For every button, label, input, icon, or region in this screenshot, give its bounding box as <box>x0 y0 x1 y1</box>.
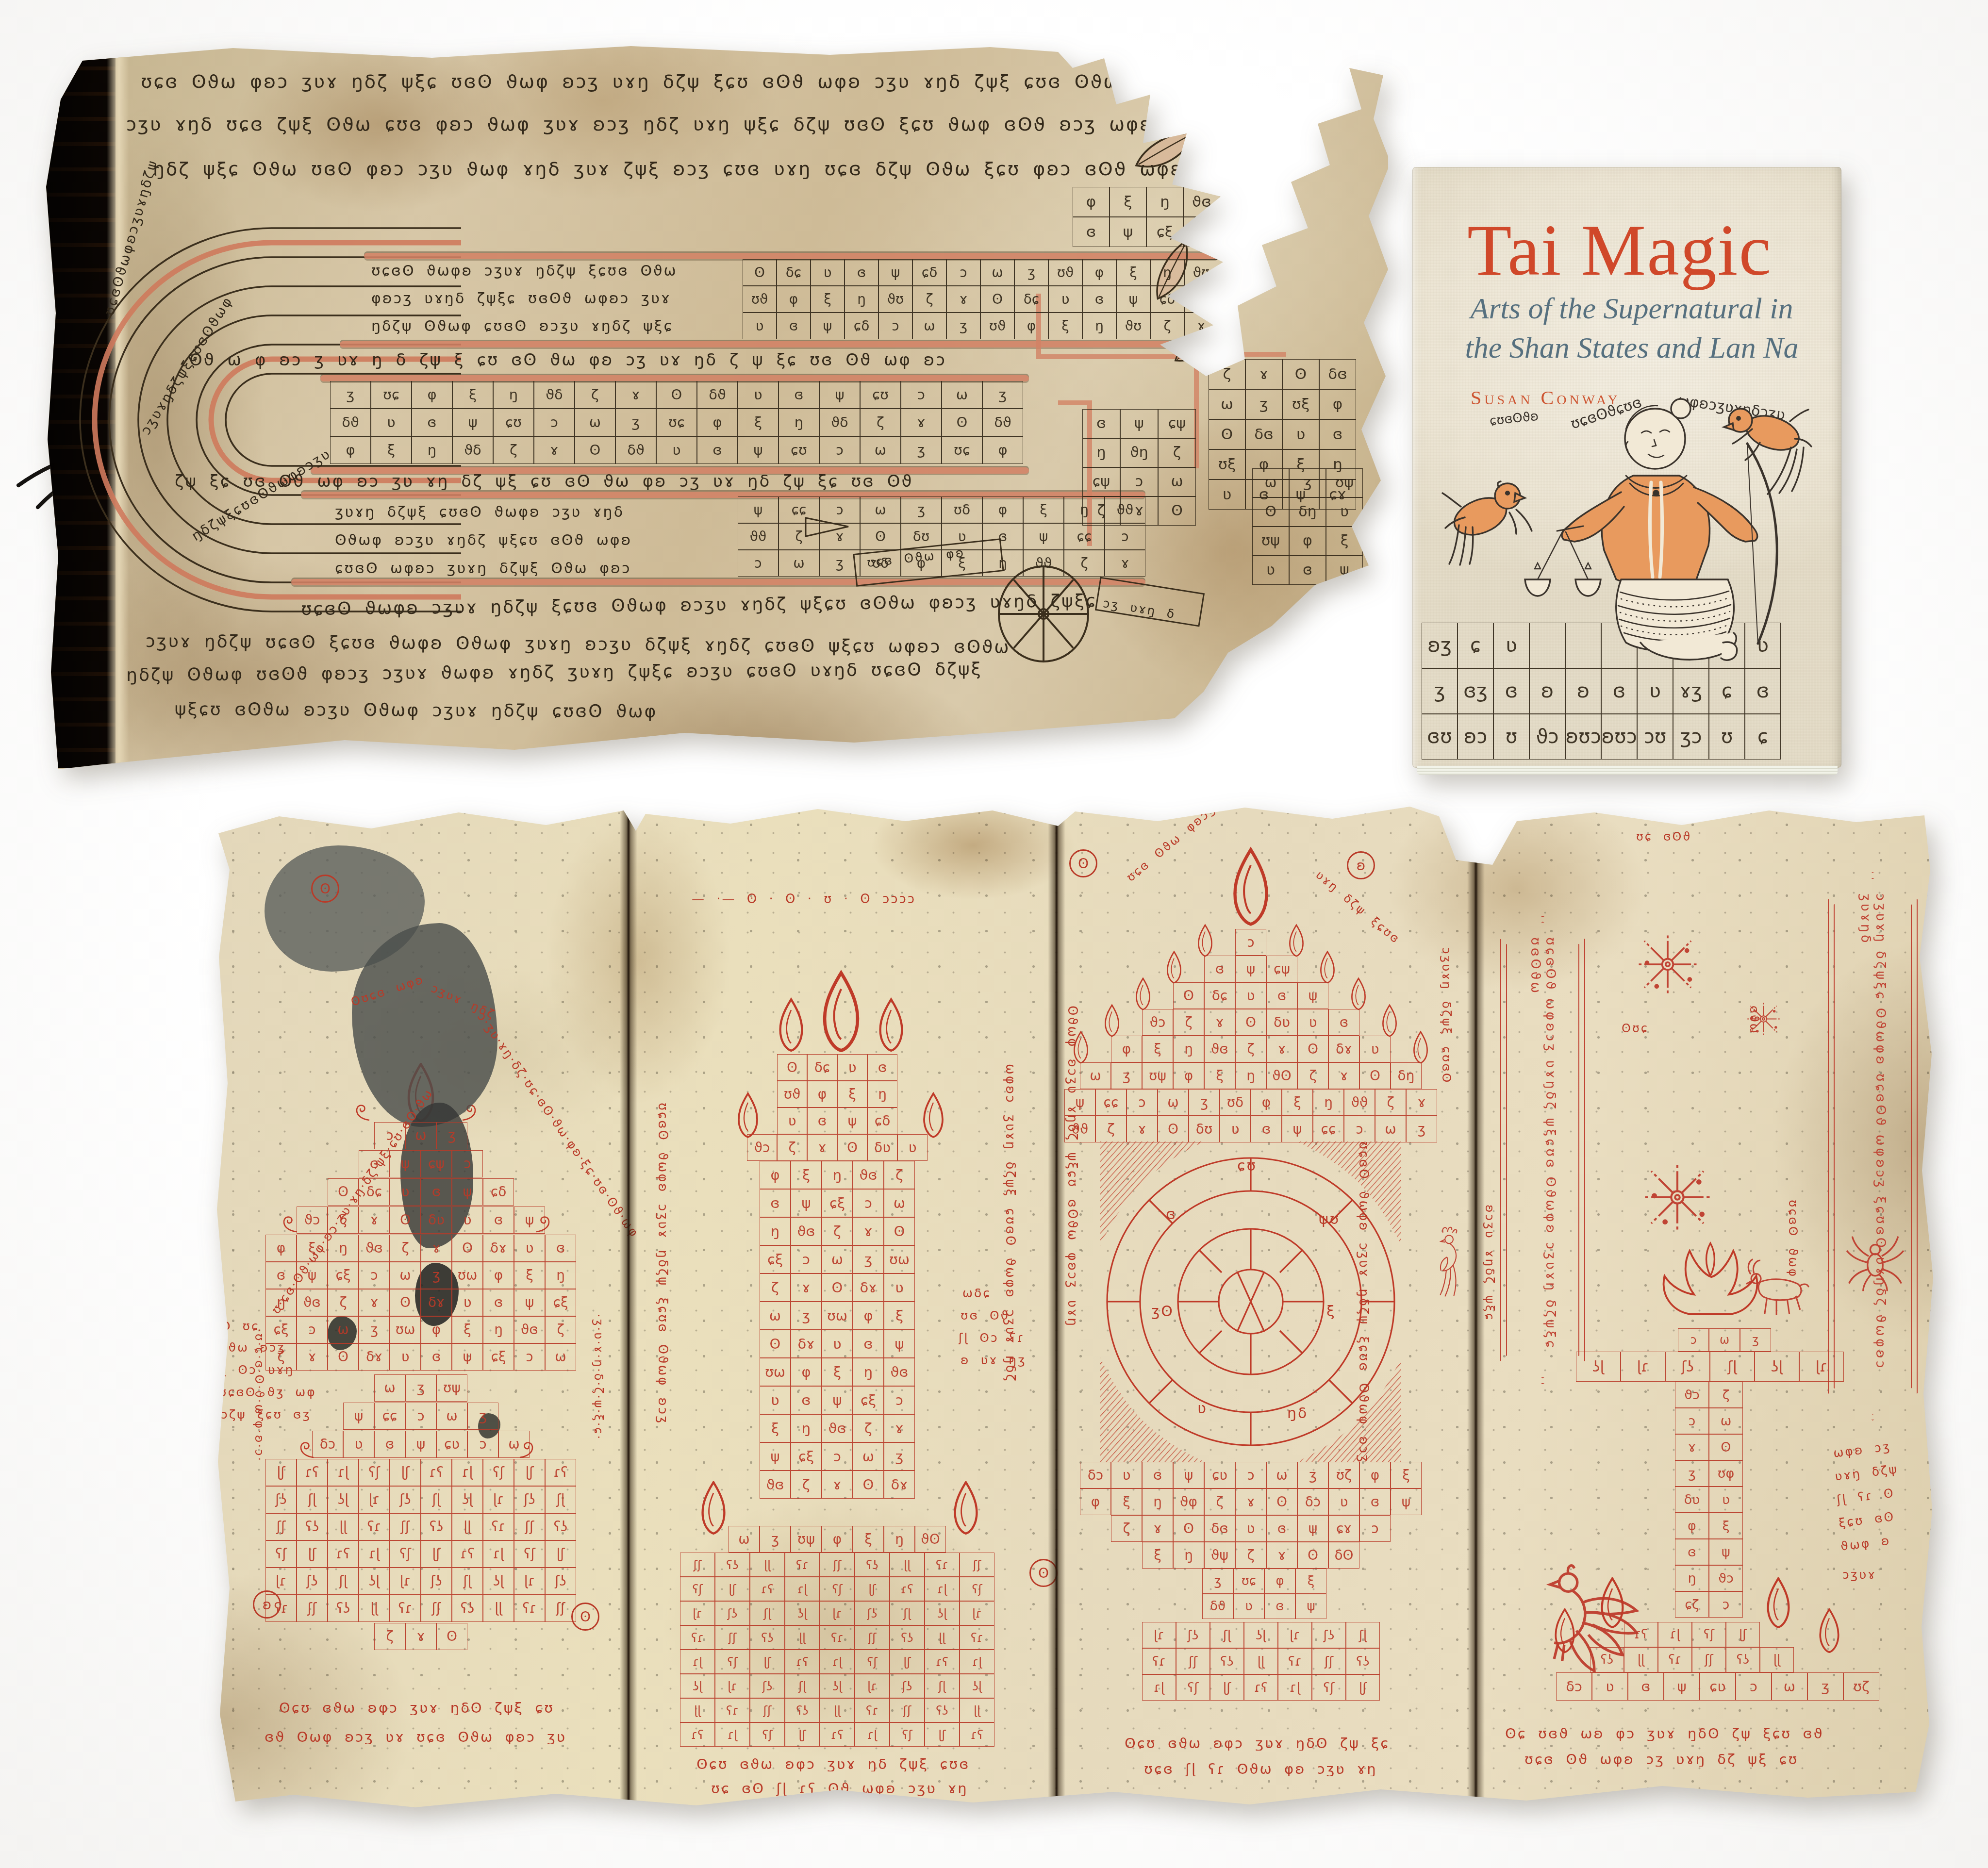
grid-cell: ʋ <box>1326 497 1363 527</box>
grid-cell: ʒ <box>853 1245 884 1273</box>
grid-cell: ɞ <box>1264 1594 1295 1619</box>
grid-cell: ɾɭ <box>820 1650 855 1674</box>
book-subtitle: Arts of the Supernatural in the Shan Sta… <box>1451 289 1812 367</box>
grid-cell: ʕʃ <box>715 1650 750 1674</box>
grid-cell: ɕʊ <box>860 381 901 409</box>
grid-cell: ɕζ <box>1675 1591 1709 1618</box>
grid-cell: ʕɾ <box>514 1595 545 1622</box>
grid-cell: ζ <box>1158 438 1196 467</box>
grid-cell: ψ <box>791 1189 822 1217</box>
grid-cell: ʕɾ <box>483 1513 514 1540</box>
grid-cell: ψ <box>884 1330 915 1358</box>
grid-cell: ʋ <box>777 1108 807 1134</box>
flame-finial-icon <box>920 1092 947 1139</box>
grid-cell: ʃɭ <box>328 1568 359 1595</box>
grid-cell: ϑϑ <box>1344 1089 1375 1116</box>
grid-cell: ɤ <box>1120 496 1158 526</box>
grid-cell: ɔ <box>884 1386 915 1414</box>
flame-finial-icon <box>875 996 907 1054</box>
script-line: ʘϑ ω φ ʚɔ ʒ ʋɤ ŋ δ ζψ ξ ɕʊ ɞʘ ϑω φʚ ɔʒ ʋ… <box>189 352 1019 369</box>
grid-cell: ω <box>853 1442 884 1471</box>
grid-cell: ɔ <box>791 1245 822 1273</box>
grid-cell: ξ <box>1116 259 1150 286</box>
grid-cell: ζ <box>760 1273 791 1302</box>
grid-cell: ϑʊ <box>878 286 912 313</box>
grid-cell: ɭɭ <box>820 1698 855 1722</box>
fold-crease <box>1467 802 1485 1814</box>
grid-cell: ʕɾ <box>1658 1647 1692 1672</box>
grid-cell: ɭɾ <box>514 1568 545 1595</box>
grid-cell: ζ <box>1209 359 1245 389</box>
grid-cell: ʕɾ <box>855 1698 890 1722</box>
grid-cell: ʕɾ <box>680 1625 715 1650</box>
wheel-diagram <box>1100 1141 1401 1462</box>
grid-cell: ʘ <box>1266 1488 1297 1515</box>
grid-cell: ɔ <box>901 381 942 409</box>
grid-cell: ʘ <box>1173 982 1204 1009</box>
cartouche: ʊɕɞʘϑ ωφʚɔʒ ʋɤŋδζ ψξɕʊɞ ʘϑωφʚ ɔʒʋɤŋ δζψξ… <box>1495 911 1590 1389</box>
grid-cell: ɾʕ <box>328 1540 359 1568</box>
grid-cell: ζ <box>1173 1009 1204 1036</box>
top-manuscript: ʘδɕʋɞψɕδɔωʒʊϑφξŋϑʊʊϑφξŋϑʊζɤʘδɕʋɞψɕδɔʋɞψɕ… <box>29 41 1388 786</box>
grid-cell: ʋ <box>1328 1488 1359 1515</box>
grid-cell: ʒ <box>1111 1062 1142 1089</box>
grid-cell: ʕʃ <box>1312 1674 1346 1701</box>
grid-cell: ʋ <box>1709 1487 1743 1513</box>
grid-cell: ξ <box>1142 1542 1173 1569</box>
script-line: ʒʘ <box>1151 1304 1180 1320</box>
grid-cell: ω <box>1772 1672 1807 1701</box>
grid-cell: ɾʕ <box>925 1650 960 1674</box>
grid-cell: ϑϑ <box>1023 550 1064 577</box>
leaf-sketch-icon <box>1229 85 1329 149</box>
grid-cell: ɕʊ <box>493 409 534 436</box>
grid-cell: ɔ <box>819 496 860 523</box>
grid-cell: ɤ <box>1204 1009 1235 1036</box>
glyph-grid: δɔʋɞψɕʋɔωʒʊζφξφξŋϑφζɤʘδɔʋɞψ <box>1080 1462 1422 1515</box>
script-line: ʊɕɞʘ ϑωφʚ ɔʒʋɤ ŋδζψ ξɕʊɞ ʘϑωφ ʚɔʒ <box>656 1103 669 1501</box>
grid-cell: ʒ <box>791 1302 822 1330</box>
grid-cell: ɕɕ <box>779 496 819 523</box>
grid-cell: ʕɾ <box>1142 1648 1176 1674</box>
grid-cell: ʃʖ <box>297 1568 328 1595</box>
grid-cell: ʕɾ <box>960 1625 994 1650</box>
grid-cell: ɤ <box>807 1134 837 1161</box>
grid-cell: ʃʃ <box>890 1698 925 1722</box>
grid-cell: ʊψ <box>1252 527 1289 556</box>
grid-cell: ɤ <box>359 1289 390 1316</box>
grid-cell: ɔ <box>1678 1328 1709 1352</box>
grid-cell: ʊϑ <box>980 313 1014 339</box>
grid-cell: ɔ <box>1235 1462 1266 1488</box>
grid-cell: ξ <box>452 1316 483 1343</box>
grid-cell: ɭɾ <box>359 1486 390 1513</box>
grid-cell: ɔ <box>1183 217 1220 247</box>
script-line: ɞϑω <box>1748 1006 1760 1093</box>
grid-cell: ɾʕ <box>545 1459 576 1486</box>
grid-cell: ʕʖ <box>1590 1647 1624 1672</box>
script-line: ʃɭ ʘɔ ʕɾ <box>959 1332 1051 1344</box>
grid-cell: ŋ <box>483 1316 514 1343</box>
grid-cell: ω <box>884 1189 915 1217</box>
grid-cell: ʖɭ <box>1576 1352 1621 1382</box>
grid-cell: δʋ <box>867 1134 897 1161</box>
grid-cell: δʊ <box>1189 1116 1220 1142</box>
glyph-grid: ɔ <box>1235 929 1266 956</box>
grid-cell: ɞ <box>791 1386 822 1414</box>
grid-cell: ɾʕ <box>680 1722 715 1747</box>
grid-cell: ʖɭ <box>820 1674 855 1698</box>
grid-cell: ɞ <box>545 1235 576 1262</box>
grid-cell: ω <box>436 1403 467 1430</box>
grid-cell: ω <box>575 409 615 436</box>
grid-cell: ʃʖ <box>390 1486 421 1513</box>
grid-cell: δʘ <box>1328 1542 1359 1569</box>
grid-cell: ɤ <box>819 523 860 550</box>
grid-cell: ʒ <box>1807 1672 1843 1701</box>
grid-cell: ʊδ <box>1220 1089 1251 1116</box>
grid-cell: ɕψ <box>1082 467 1120 496</box>
glyph-grid: δɔʋɞψɕʋɔω <box>312 1431 530 1458</box>
grid-cell: ʒ <box>436 1122 467 1149</box>
grid-cell: ʚɔ <box>1458 714 1493 760</box>
grid-cell: ψ <box>452 1178 483 1206</box>
grid-cell: ɭɾ <box>1278 1622 1312 1648</box>
grid-cell: ζ <box>1204 1488 1235 1515</box>
grid-cell: ɭʃ <box>1346 1674 1380 1701</box>
grid-cell: ʃʃ <box>265 1513 297 1540</box>
grid-cell: ζ <box>777 1134 807 1161</box>
script-line: ʊɕ ɞʘϑ <box>1636 831 1782 843</box>
grid-cell: ʊɕ <box>656 409 697 436</box>
grid-cell: ɔ <box>405 1403 436 1430</box>
grid-cell: φ <box>760 1161 791 1189</box>
starburst-icon <box>1631 1151 1723 1243</box>
script-line: ŋδζψ ʘϑωφ ɕʊɞʘ ʚɔʒʋ ɤŋδζ ψξɕ <box>371 319 730 334</box>
grid-cell: ɾɭ <box>785 1577 820 1601</box>
grid-cell: ʕʃ <box>820 1577 855 1601</box>
grid-cell: ŋ <box>853 1358 884 1386</box>
grid-cell: ʋ <box>1111 1462 1142 1488</box>
grid-cell: ɕψ <box>1266 956 1297 982</box>
flame-finial-icon <box>1551 1608 1578 1653</box>
grid-cell: ɞ <box>1266 1515 1297 1542</box>
script-line: ʊɕɞʘ ϑωφʚ ɔʒʋɤ ŋδζψ ξɕʊɞ ʘϑωφ ʚɔʒ <box>1357 1141 1370 1593</box>
grid-cell: ψ <box>1282 1116 1313 1142</box>
flame-finial-icon <box>1596 1577 1628 1628</box>
grid-cell: ʕʃ <box>855 1650 890 1674</box>
grid-cell: ɕδ <box>1150 286 1184 313</box>
grid-cell: ω <box>860 496 901 523</box>
grid-cell: ω <box>822 1245 853 1273</box>
grid-cell: ɤ <box>791 1273 822 1302</box>
grid-cell: ψ <box>514 1289 545 1316</box>
grid-cell: ϑδ <box>819 409 860 436</box>
script-line: ʘʊɕ <box>1622 1023 1709 1035</box>
grid-cell: ɔ <box>452 1150 483 1177</box>
grid-cell: ʒ <box>1289 468 1326 497</box>
grid-cell: ʒ <box>1189 1089 1220 1116</box>
grid-cell: ʒ <box>884 1442 915 1471</box>
grid-cell: ξ <box>1023 496 1064 523</box>
grid-cell: ɤ <box>534 436 575 464</box>
grid-cell: ɤ <box>421 1235 452 1262</box>
grid-cell: ɭʃ <box>390 1459 421 1486</box>
grid-cell: ϑδ <box>452 436 493 464</box>
grid-cell: ŋ <box>1235 1062 1266 1089</box>
grid-cell: ζ <box>1111 1515 1142 1542</box>
script-line: ʘɕʊ ɞϑω ʚφɔ ʒʋɤ ŋδʘ ζψ ξɕ <box>1125 1736 1425 1751</box>
script-line: ψʊ <box>1319 1212 1348 1227</box>
grid-cell: ɾɭ <box>1278 1674 1312 1701</box>
grid-cell: ɔ <box>359 1262 390 1289</box>
grid-cell: ξ <box>1391 1462 1422 1488</box>
grid-cell: ɤ <box>1266 1036 1297 1062</box>
grid-cell: ɔ <box>467 1431 498 1458</box>
script-line: ʊɕɞ ʘϑω φʚɔ ʒʋɤ ŋδζ ψξɕ ʊɞʘ ϑωφ ʚɔʒ ʋɤŋ … <box>141 72 1272 92</box>
grid-cell: ʃʃ <box>820 1553 855 1577</box>
glyph-grid: ɭɾʃʖʃɭʖɭɭɾʃʖʃɭʕɾʃʃʕʖɭɭʕɾʃʃʕʖɾɭʕʃɭʃɾʕɾɭʕʃ… <box>1142 1622 1380 1701</box>
grid-cell: ʃʃ <box>750 1698 785 1722</box>
flame-finial-icon <box>1816 1608 1843 1653</box>
grid-cell: ʘ <box>837 1134 867 1161</box>
glyph-grid: ωʒʊψ <box>374 1374 467 1402</box>
grid-cell: ψ <box>1023 523 1064 550</box>
glyph-grid: ωʒʊψφξŋϑʘζɤʘδŋ <box>1080 1062 1422 1089</box>
grid-cell: ŋ <box>760 1217 791 1245</box>
grid-cell: φ <box>1080 1488 1111 1515</box>
spider-motif-icon <box>1842 1229 1908 1294</box>
grid-cell: ɾɭ <box>680 1650 715 1674</box>
grid-cell: ʋ <box>390 1343 421 1371</box>
grid-cell: ξ <box>853 1526 884 1553</box>
glyph-grid: ɭʃɾʕɾɭʕʃɭʃɾʕɾɭʕʃɭʃɾʕʃʖʃɭʖɭɭɾʃʖʃɭʖɭɭɾʃʖʃɭ… <box>265 1459 576 1622</box>
grid-cell: ψ <box>343 1403 374 1430</box>
grid-cell: ʃʃ <box>514 1513 545 1540</box>
grid-cell: ζ <box>1375 1089 1406 1116</box>
grid-cell: ŋ <box>1173 1036 1204 1062</box>
grid-cell: ϑʘ <box>1266 1062 1297 1089</box>
grid-cell: ɾɭ <box>328 1459 359 1486</box>
grid-cell: ɞ <box>1319 419 1356 449</box>
grid-cell: ψ <box>405 1431 436 1458</box>
grid-cell: ŋ <box>1146 187 1183 217</box>
grid-cell: ʕʃ <box>483 1459 514 1486</box>
grid-cell: ɤ <box>1406 1089 1437 1116</box>
script-line: ʘ ʊɕ <box>221 1320 342 1333</box>
grid-cell: ʃɭ <box>925 1674 960 1698</box>
grid-cell: ʊψ <box>436 1374 467 1402</box>
flame-finial-icon <box>1133 976 1153 1011</box>
grid-cell: ω <box>1266 1462 1297 1488</box>
grid-cell: ɕʋ <box>1204 1462 1235 1488</box>
grid-cell: ω <box>980 259 1014 286</box>
grid-cell: ɭɭ <box>359 1595 390 1622</box>
grid-cell: ŋ <box>1675 1565 1709 1591</box>
grid-cell: ʃʃ <box>855 1625 890 1650</box>
grid-cell: φ <box>412 381 452 409</box>
script-line: ɞϑω ʚɔʒ <box>219 1341 345 1354</box>
grid-cell: ŋ <box>1082 438 1120 467</box>
grid-cell: ɞ <box>779 381 819 409</box>
grid-cell: ʕɾ <box>715 1698 750 1722</box>
grid-cell: φ <box>697 409 738 436</box>
script-line: ɔʒʋɤ <box>1842 1569 1927 1581</box>
grid-cell: ɞ <box>421 1343 452 1371</box>
grid-cell: ω <box>1709 1408 1743 1434</box>
grid-cell: ζ <box>374 1623 405 1650</box>
grid-cell: ʃʃ <box>1692 1647 1726 1672</box>
grid-cell: ʃɭ <box>1710 1352 1755 1382</box>
grid-cell: ʊ <box>1493 714 1529 760</box>
grid-cell: ʕʖ <box>785 1698 820 1722</box>
grid-cell: ʕʃ <box>750 1722 785 1747</box>
grid-cell: ʃɭ <box>452 1568 483 1595</box>
grid-cell: ʒ <box>330 381 371 409</box>
grid-cell: ʕɾ <box>820 1625 855 1650</box>
grid-cell: ɭɭ <box>452 1513 483 1540</box>
grid-cell: ɭɾ <box>820 1601 855 1625</box>
grid-cell: ʕʖ <box>715 1553 750 1577</box>
grid-cell: ψ <box>1326 556 1363 585</box>
grid-cell: ʋ <box>656 436 697 464</box>
circled-glyph: ʚ <box>1347 851 1375 879</box>
grid-cell: ɞ <box>412 409 452 436</box>
red-band <box>364 253 1218 259</box>
grid-cell: ʘ <box>390 1289 421 1316</box>
grid-cell: ʃʖ <box>890 1674 925 1698</box>
grid-cell: ɞ <box>1328 1009 1359 1036</box>
grid-cell: ɾʕ <box>890 1577 925 1601</box>
cartouche-script: ʊɕɞʘϑ ωφʚɔʒ ʋɤŋδζ ψξɕʊɞ ʘϑωφʚ ɔʒʋɤŋ δζψξ… <box>1528 937 1558 1362</box>
grid-cell: ɕʋ <box>436 1431 467 1458</box>
grid-cell: ζ <box>1297 1062 1328 1089</box>
script-line: ʃɭ ʕɾ ʘ <box>1836 1483 1929 1506</box>
grid-cell: δϑ <box>982 409 1023 436</box>
grid-cell: ɔ <box>853 1189 884 1217</box>
grid-cell: ŋ <box>791 1414 822 1442</box>
grid-cell: ʋ <box>1359 1036 1391 1062</box>
grid-cell: ʖɭ <box>483 1568 514 1595</box>
grid-cell: ζ <box>912 286 946 313</box>
grid-cell: ʕʖ <box>328 1595 359 1622</box>
script-line: — ·— ʘ · ʘ · ʊ · ʘ ɔɔɔɔ <box>692 893 925 906</box>
glyph-grid: ψɕɕɔωʒ <box>343 1403 498 1430</box>
grid-cell: ʋ <box>1048 286 1082 313</box>
grid-cell: ɞ <box>1628 1672 1664 1701</box>
grid-cell: ɭɭ <box>483 1595 514 1622</box>
grid-cell: ʒ <box>982 381 1023 409</box>
grid-cell: ʊξ <box>1282 389 1319 419</box>
grid-cell: ʒ <box>405 1374 436 1402</box>
grid-cell: ω <box>779 550 819 577</box>
grid-cell: ŋ <box>412 436 452 464</box>
grid-cell: ω <box>1709 1328 1740 1352</box>
glyph-grid: ζɤʘ <box>374 1623 467 1650</box>
grid-cell: ϑɞ <box>1204 1036 1235 1062</box>
grid-cell: ɞ <box>1142 1462 1173 1488</box>
grid-cell: ψ <box>390 1150 421 1177</box>
grid-cell: ʃʃ <box>390 1513 421 1540</box>
grid-cell: ʘ <box>1297 1542 1328 1569</box>
grid-cell: ŋ <box>779 409 819 436</box>
grid-cell: ψ <box>822 1386 853 1414</box>
grid-cell: ʋ <box>452 1289 483 1316</box>
grid-cell: δŋ <box>1391 1062 1422 1089</box>
grid-cell: ξ <box>1110 187 1146 217</box>
grid-cell: ɾʕ <box>452 1540 483 1568</box>
grid-cell: ʒ <box>615 409 656 436</box>
grid-cell: ξ <box>1142 1036 1173 1062</box>
grid-cell: ɞ <box>845 259 878 286</box>
script-line: ɔζψ ξɕʊ ɞʒ <box>221 1408 347 1421</box>
grid-cell: ɭʃ <box>925 1722 960 1747</box>
grid-cell: ɞ <box>421 1178 452 1206</box>
script-line: ɞϑ ʘωφ ʚɔʒ ʋɤ ʊɕɞ ʘϑω φʚɔ ʒʋ <box>265 1730 604 1744</box>
grid-cell: ɾɭ <box>452 1459 483 1486</box>
grid-cell: ʋ <box>1297 1009 1328 1036</box>
glyph-grid: ʘδɕʋɞψɕδɔωʒʊϑφξŋϑʊʊϑφξŋϑʊζɤʘδɕʋɞψɕδɔʋɞψɕ… <box>743 259 1218 339</box>
grid-cell: ʕʃ <box>265 1540 297 1568</box>
script-line: ωδɕ <box>962 1287 1050 1300</box>
grid-cell: ʊζ <box>1328 1462 1359 1488</box>
script-line: ʋ <box>1197 1401 1226 1417</box>
grid-cell: ʋ <box>343 1431 374 1458</box>
grid-cell: ɔ <box>1127 1089 1158 1116</box>
grid-cell: ʘ <box>1282 359 1319 389</box>
grid-cell: ʋ <box>760 1386 791 1414</box>
glyph-grid: ϑɔζɤʘδʋʋɞ <box>1142 1009 1359 1036</box>
grid-cell: ϑɔ <box>1529 714 1565 760</box>
flame-finial-icon <box>1195 923 1215 958</box>
grid-cell: ω <box>1080 1062 1111 1089</box>
grid-cell: ɭɾ <box>715 1674 750 1698</box>
grid-cell: ɕɕ <box>1064 523 1105 550</box>
grid-cell: ʃɭ <box>421 1486 452 1513</box>
grid-cell: δɤ <box>884 1471 915 1499</box>
grid-cell: ʕʖ <box>297 1513 328 1540</box>
grid-cell: ɕɕ <box>1313 1116 1344 1142</box>
grid-cell: ϑŋ <box>1120 438 1158 467</box>
grid-cell: ɔ <box>1235 929 1266 956</box>
grid-cell: ʘ <box>853 1471 884 1499</box>
grid-cell: ʃʖ <box>1176 1622 1210 1648</box>
grid-cell: ɔ <box>738 550 779 577</box>
grid-cell: ʖɭ <box>680 1674 715 1698</box>
script-line: ʊɕɞʘ ϑʒ ωφ <box>219 1386 345 1399</box>
grid-cell: ʘ <box>743 259 777 286</box>
flame-finial-icon <box>817 967 865 1057</box>
grid-cell: ɔ <box>822 1442 853 1471</box>
grid-cell: δɔ <box>312 1431 343 1458</box>
grid-cell: φ <box>421 1316 452 1343</box>
grid-cell: ω <box>1209 389 1245 419</box>
script-line: ·ʊ·ɕ·ɞ·ʘ·ϑ·ω·φ·ʚ·ɔ· <box>253 1328 265 1542</box>
grid-cell: ɭʃ <box>855 1577 890 1601</box>
grid-cell: ʊξ <box>1209 449 1245 479</box>
grid-cell: ʃʃ <box>1176 1648 1210 1674</box>
grid-cell: ϑɞ <box>297 1289 328 1316</box>
manuscript-panel-3: ɔɞψɕψʘδɕʋɞψϑɔζɤʘδʋʋɞφξŋϑɞζɤʘδɤʋωʒʊψφξŋϑʘ… <box>1057 802 1476 1814</box>
grid-cell: φ <box>791 1358 822 1386</box>
grid-cell: ʋ <box>1233 1594 1264 1619</box>
grid-cell: ξ <box>452 381 493 409</box>
grid-cell: ʒ <box>467 1403 498 1430</box>
grid-cell: ψ <box>1664 1672 1700 1701</box>
grid-cell: ʘ <box>884 1217 915 1245</box>
grid-cell: ɕδ <box>867 1108 897 1134</box>
glyph-grid: ɞψɕψ <box>1204 956 1297 982</box>
